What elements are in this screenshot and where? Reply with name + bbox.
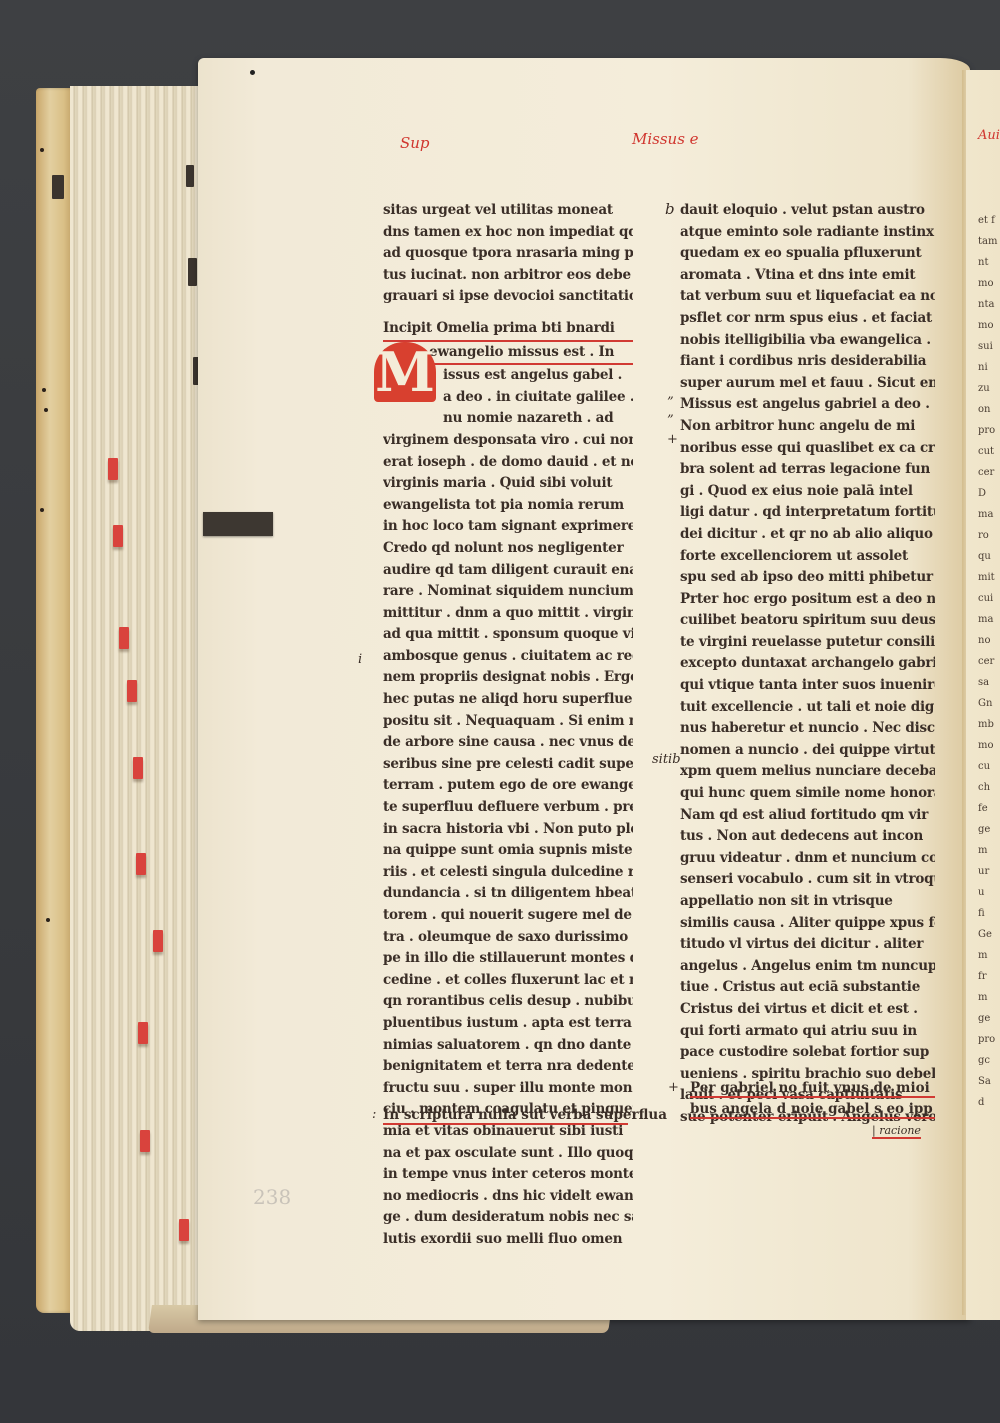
text-line: te superfluu defluere verbum . presertim [383, 797, 633, 819]
running-head-left: Sup [400, 134, 430, 152]
margin-mark: ” [667, 413, 674, 428]
margin-mark: i [358, 652, 362, 667]
text-line: qui forti armato qui atriu suu in [680, 1021, 935, 1043]
running-head-right: Missus e [632, 130, 699, 148]
page-tab-red[interactable] [153, 930, 163, 952]
text-line: tus . Non aut dedecens aut incon [680, 826, 935, 848]
text-line: Cristus dei virtus et dicit et est . [680, 999, 935, 1021]
footnote-rubric-a: In scriptura nulla sut verba superflua [383, 1107, 628, 1125]
text-line: Non arbitror hunc angelu de mi [680, 416, 935, 438]
text-line: no mediocris . dns hic videlt ewan [383, 1186, 633, 1208]
text-line: qn rorantibus celis desup . nubibusque [383, 991, 633, 1013]
page-tab-dark[interactable] [188, 258, 197, 286]
column-marker-b: b [665, 200, 675, 218]
text-line: psflet cor nrm spus eius . et faciat [680, 308, 935, 330]
text-line: positu sit . Nequaquam . Si enim nec fol… [383, 711, 633, 733]
text-line: tiue . Cristus aut eciā substantie [680, 977, 935, 999]
text-line: aromata . Vtina et dns inte emit [680, 265, 935, 287]
text-line: cedine . et colles fluxerunt lac et mel … [383, 970, 633, 992]
text-line: nimias saluatorem . qn dno dante [383, 1035, 633, 1057]
text-line: tra . oleumque de saxo durissimo . Nem [383, 927, 633, 949]
faint-folio-number: 238 [253, 1185, 291, 1209]
page-tab-red[interactable] [113, 525, 123, 547]
margin-mark: : [372, 1107, 376, 1122]
page-tab-red[interactable] [119, 627, 129, 649]
text-line: spu sed ab ipso deo mitti phibetur . [680, 567, 935, 589]
text-line: na quippe sunt omia supnis miste [383, 840, 633, 862]
margin-mark: + [667, 432, 678, 447]
text-line: in hoc loco tam signant exprimere . [383, 516, 633, 538]
text-line: Nam qd est aliud fortitudo qm vir [680, 805, 935, 827]
text-line: ge . dum desideratum nobis nec sa [383, 1207, 633, 1229]
text-line: xpm quem melius nunciare decebat [680, 761, 935, 783]
text-line: virginis maria . Quid sibi voluit [383, 473, 633, 495]
text-line: similis causa . Aliter quippe xpus for [680, 913, 935, 935]
facing-running-head: Aui [978, 128, 1000, 143]
text-line: appellatio non sit in vtrisque [680, 891, 935, 913]
text-line: noribus esse qui quaslibet ex ca cre [680, 438, 935, 460]
text-line: tuit excellencie . ut tali et noie dig [680, 697, 935, 719]
text-line: super aurum mel et fauu . Sicut enim [680, 373, 935, 395]
page-tab-dark[interactable] [186, 165, 194, 187]
text-line: lutis exordii suo melli fluo omen [383, 1229, 633, 1251]
text-line: bra solent ad terras legacione fun [680, 459, 935, 481]
margin-mark: ” [667, 395, 674, 410]
text-line: Missus est angelus gabriel a deo . [680, 394, 935, 416]
text-line: grauari si ipse devocioi sanctitatio :. [383, 286, 633, 308]
page-tab-red[interactable] [133, 757, 143, 779]
page-edge-stack [70, 86, 205, 1331]
text-line: ewangelista tot pia nomia rerum [383, 495, 633, 517]
text-line: dauit eloquio . velut pstan austro [680, 200, 935, 222]
text-line: gi . Quod ex eius noie palā intel [680, 481, 935, 503]
rubric-heading: Incipit Omelia prima bti bnardi [383, 318, 633, 342]
text-line: virginem desponsata viro . cui nomen [383, 430, 633, 452]
text-column-b: dauit eloquio . velut pstan austro atque… [680, 200, 935, 1129]
decorated-initial-m: M [374, 342, 436, 402]
text-line: riis . et celesti singula dulcedine re [383, 862, 633, 884]
ink-spot [250, 70, 255, 75]
margin-mark: + [668, 1080, 679, 1095]
text-line: nus haberetur et nuncio . Nec discordat [680, 718, 935, 740]
text-line: seribus sine pre celesti cadit super [383, 754, 633, 776]
text-line: Prter hoc ergo positum est a deo ne [680, 589, 935, 611]
text-line: in sacra historia vbi . Non puto ple [383, 819, 633, 841]
page-tab-red[interactable] [136, 853, 146, 875]
text-line: ligi datur . qd interpretatum fortitudo [680, 502, 935, 524]
text-line: nem propriis designat nobis . Ergo [383, 667, 633, 689]
text-line: tus iucinat. non arbitror eos debe [383, 265, 633, 287]
text-line: senseri vocabulo . cum sit in vtroque [680, 869, 935, 891]
text-line: qui vtique tanta inter suos inuenire po [680, 675, 935, 697]
bookmark-tab[interactable] [203, 512, 273, 536]
text-line: ad quosque tpora nrasaria ming pa [383, 243, 633, 265]
text-line: titudo vl virtus dei dicitur . aliter [680, 934, 935, 956]
text-line: erat ioseph . de domo dauid . et nome [383, 452, 633, 474]
text-line: angelus . Angelus enim tm nuncupa [680, 956, 935, 978]
footnote-rubric-b-line1: Per gabriel no fuit vnus de mioi [690, 1080, 935, 1098]
footnote-rubric-b-line2: bus angela d noie gabel s eo ipp [690, 1101, 935, 1119]
text-line: pe in illo die stillauerunt montes dul [383, 948, 633, 970]
text-line: benignitatem et terra nra dedente [383, 1056, 633, 1078]
text-line: ad qua mittit . sponsum quoque virginis [383, 624, 633, 646]
page-tab-dark[interactable] [52, 175, 64, 199]
text-line: gruu videatur . dnm et nuncium co [680, 848, 935, 870]
text-line: pluentibus iustum . apta est terra leta … [383, 1013, 633, 1035]
text-line: ambosque genus . ciuitatem ac regio [383, 646, 633, 668]
text-line: nomen a nuncio . dei quippe virtutem [680, 740, 935, 762]
page-tab-red[interactable] [108, 458, 118, 480]
text-line: te virgini reuelasse putetur consiliu [680, 632, 935, 654]
text-line: nu nomie nazareth . ad [383, 408, 633, 430]
margin-note-sitib: sitib [652, 752, 681, 767]
text-line: quedam ex eo spualia pfluxerunt [680, 243, 935, 265]
text-line: in tempe vnus inter ceteros montes [383, 1164, 633, 1186]
page-tab-red[interactable] [127, 680, 137, 702]
text-line: hec putas ne aliqd horu superflue [383, 689, 633, 711]
text-line: pace custodire solebat fortior sup [680, 1042, 935, 1064]
text-line: qui hunc quem simile nome honorat . [680, 783, 935, 805]
text-line: dns tamen ex hoc non impediat qd [383, 222, 633, 244]
text-line: audire qd tam diligent curauit enar [383, 560, 633, 582]
text-line: na et pax osculate sunt . Illo quoque [383, 1143, 633, 1165]
footnote-tail: | racione [872, 1124, 921, 1139]
text-line: Credo qd nolunt nos negligenter [383, 538, 633, 560]
page-tab-red[interactable] [138, 1022, 148, 1044]
page-tab-red[interactable] [179, 1219, 189, 1241]
text-line: rare . Nominat siquidem nuncium [383, 581, 633, 603]
text-line: fructu suu . super illu monte mon [383, 1078, 633, 1100]
text-line: excepto duntaxat archangelo gabriele [680, 653, 935, 675]
text-line: cuilibet beatoru spiritum suu deus an [680, 610, 935, 632]
text-line: nobis itelligibilia vba ewangelica . [680, 330, 935, 352]
text-line: dundancia . si tn diligentem hbeat inspe… [383, 883, 633, 905]
text-line: de arbore sine causa . nec vnus de pas [383, 732, 633, 754]
facing-page-text: et f tam nt mo nta mo sui ni zu on pro c… [978, 210, 1000, 1113]
text-line: terram . putem ego de ore ewangelis [383, 775, 633, 797]
text-line: atque eminto sole radiante instinx [680, 222, 935, 244]
text-line: mittitur . dnm a quo mittit . virgine [383, 603, 633, 625]
text-line: fiant i cordibus nris desiderabilia [680, 351, 935, 373]
text-line: torem . qui nouerit sugere mel de pe [383, 905, 633, 927]
text-line: sitas urgeat vel utilitas moneat [383, 200, 633, 222]
page-tab-red[interactable] [140, 1130, 150, 1152]
text-line: dei dicitur . et qr no ab alio aliquo [680, 524, 935, 546]
text-line: tat verbum suu et liquefaciat ea nob . [680, 286, 935, 308]
text-line: forte excellenciorem ut assolet [680, 546, 935, 568]
